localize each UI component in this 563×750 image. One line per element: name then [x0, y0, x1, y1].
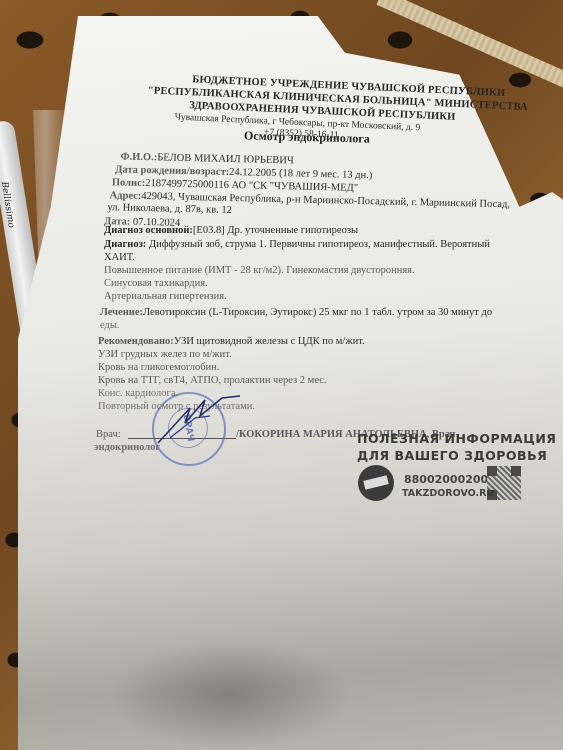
- qr-code-icon: [487, 466, 521, 500]
- diagnosis-line-2: ХАИТ.: [104, 251, 135, 264]
- doctor-label: Врач:: [96, 428, 121, 441]
- diagnosis-line-3: Повышенное питание (ИМТ - 28 кг/м2). Гин…: [104, 264, 415, 277]
- diagnosis-line-5: Артериальная гипертензия.: [104, 290, 227, 303]
- promo-site: TAKZDOROVO.RU: [402, 487, 494, 500]
- promo-phone: 88002000200: [404, 473, 488, 486]
- diagnosis-line-1: Диагноз: Диффузный зоб, струма 1. Первич…: [104, 238, 490, 251]
- takzdorovo-logo-icon: [358, 465, 394, 501]
- medical-report: БЮДЖЕТНОЕ УЧРЕЖДЕНИЕ ЧУВАШСКОЙ РЕСПУБЛИК…: [0, 0, 563, 750]
- diagnosis-line-4: Синусовая тахикардия.: [104, 277, 208, 290]
- treatment-cont: еды.: [100, 319, 120, 332]
- patient-info: Ф.И.О.:БЕЛОВ МИХАИЛ ЮРЬЕВИЧ Дата рождени…: [0, 0, 563, 240]
- treatment: Лечение:Левотироксин (L-Тироксин, Эутиро…: [100, 306, 492, 319]
- signature-icon: [150, 388, 250, 448]
- recommended-line-4: Кровь на ТТГ, свТ4, АТПО, пролактин чере…: [98, 374, 327, 387]
- logo-ribbon: [363, 475, 388, 490]
- promo-title-line-2: ДЛЯ ВАШЕГО ЗДОРОВЬЯ: [357, 447, 547, 464]
- recommended-line-3: Кровь на гликогемоглобин.: [98, 361, 219, 374]
- promo-title-line-1: ПОЛЕЗНАЯ ИНФОРМАЦИЯ: [357, 430, 556, 447]
- recommended-line-1: Рекомендовано:УЗИ щитовидной железы с ЦД…: [98, 335, 365, 348]
- recommended-line-2: УЗИ грудных желез по м/жит.: [98, 348, 232, 361]
- diagnosis-main: Диагноз основной:[E03.8] Др. уточненные …: [104, 224, 358, 237]
